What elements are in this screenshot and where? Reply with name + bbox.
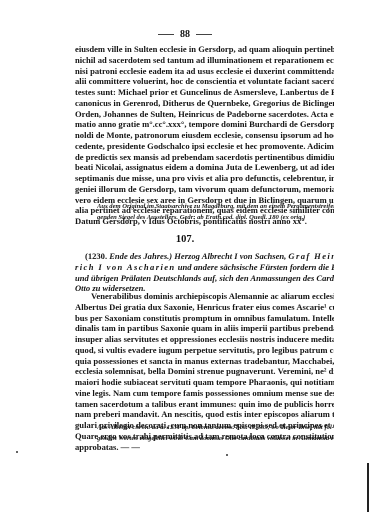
text-line: nisi patroni ecclesie eadem ita ad usus …: [75, 66, 334, 77]
text-line: septimanis due misse, una pro vivis et a…: [75, 173, 334, 184]
text-line: de predictis sex mansis ad prebendam sac…: [75, 152, 334, 163]
document-regest: (1230. Ende des Jahres.) Herzog Albrecht…: [75, 251, 334, 294]
regest-line: (1230. Ende des Jahres.) Herzog Albrecht…: [75, 251, 334, 262]
text-line: eiusdem ville in Sulten ecclesie in Gers…: [75, 44, 334, 55]
text-line: matio anno gratie m°.cc°.xxx°, tempore d…: [75, 119, 334, 130]
text-line: maiori hodie subiaceat servituti quam te…: [75, 377, 334, 388]
page-number: 88: [180, 29, 190, 40]
text-line: bus per Saxoniam constitutis promptum in…: [75, 313, 334, 324]
text-line: canonicus in Gerenrod, Ditherus de Quern…: [75, 98, 334, 109]
regest-line: rich I von Ascharien und andere sächsisc…: [75, 262, 334, 273]
scan-speck: [226, 454, 228, 456]
note-line: genden Worten eingeleitet wird: Cum domi…: [97, 435, 334, 446]
continuation-text: eiusdem ville in Sulten ecclesie in Gers…: [75, 44, 334, 227]
scan-edge-shadow: [367, 463, 369, 512]
page-header: 88: [0, 29, 370, 41]
source-note: Aus Alberici chron. ad a. 1231 ap. Leibn…: [97, 424, 334, 446]
regest-name: Graf Hein-: [288, 251, 334, 261]
text-line: dinalis tam in partibus Saxonie quam in …: [75, 323, 334, 334]
text-line: Albertus Dei gratia dux Saxonie, Henricu…: [75, 302, 334, 313]
text-line: ecclesia solemnisat, bella Domini strenu…: [75, 366, 334, 377]
header-dash-right: [196, 34, 212, 35]
document-number: 107.: [0, 234, 370, 245]
text-line: nichil ad sacerdotem sed tantum ad illum…: [75, 55, 334, 66]
note-line: Aus Alberici chron. ad a. 1231 ap. Leibn…: [97, 424, 334, 435]
text-line: geniei illorum de Gersdorp, tam vivorum …: [75, 184, 334, 195]
regest-date-note: Ende des Jahres.): [109, 251, 172, 261]
text-line: Orden, Johannes de Sulten, Heinricus de …: [75, 109, 334, 120]
note-line: Aus dem Original im Staatsarchive zu Mag…: [97, 203, 334, 214]
regest-name: rich I von Ascharien: [75, 262, 176, 272]
text-line: quod, si vultis evadere iugum perpetue s…: [75, 345, 334, 356]
text-line: alii committere voluerint, hoc de consci…: [75, 76, 334, 87]
text-line: testes sunt: Michael prior et Guncelinus…: [75, 87, 334, 98]
text-line: noldi de Monte, patronorum eiusdem eccle…: [75, 130, 334, 141]
text-line: Venerabilibus dominis archiepiscopis Ale…: [75, 291, 334, 302]
text-line: nam preberi mandavit. An nescitis, quod …: [75, 409, 334, 420]
text-line: insuper alias servitutes et oppressiones…: [75, 334, 334, 345]
regest-text: und andere sächsische Fürsten fordern di…: [178, 262, 334, 272]
scan-speck: [16, 451, 18, 453]
source-note: Aus dem Original im Staatsarchive zu Mag…: [97, 203, 334, 225]
text-line: vine legis. Nam cum tempore famis posses…: [75, 388, 334, 399]
note-line: genden Siegel des Ausstellers. Gedr: ab …: [97, 214, 334, 225]
scanned-page: 88 eiusdem ville in Sulten ecclesie in G…: [0, 0, 370, 512]
regest-line: und übrigen Prälaten Deutschlands auf, s…: [75, 273, 334, 284]
regest-date: (1230.: [85, 251, 107, 261]
text-line: beati Nicolai, assignatus eidem a domina…: [75, 162, 334, 173]
text-line: cedente, presidente Godschalco ipsi eccl…: [75, 141, 334, 152]
text-line: quia possessiones et sancta in manus ext…: [75, 356, 334, 367]
regest-text: Herzog Albrecht I von Sachsen,: [174, 251, 286, 261]
text-line: tamen sacerdotum a talibus erant immunes…: [75, 399, 334, 410]
header-dash-left: [158, 34, 174, 35]
